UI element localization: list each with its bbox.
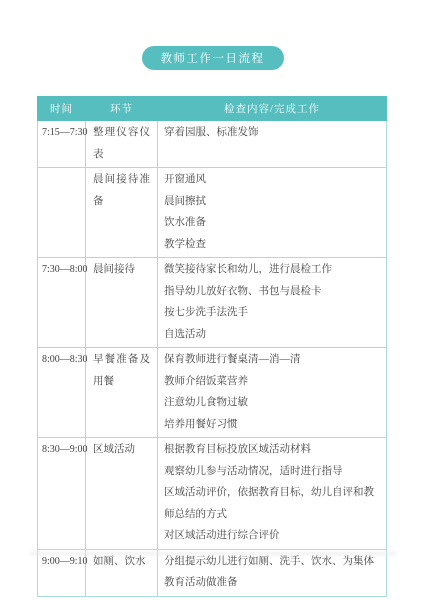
- content-line: 对区域活动进行综合评价: [164, 525, 381, 547]
- time-cell: 7:30—8:00: [38, 258, 86, 348]
- content-line: 教师介绍饭菜营养: [164, 371, 381, 393]
- col-header-stage: 环节: [86, 97, 158, 121]
- time-cell: [38, 168, 86, 258]
- content-cell: 穿着园服、标准发饰: [158, 121, 387, 168]
- content-line: 开窗通风: [164, 169, 381, 191]
- content-line: 培养用餐好习惯: [164, 414, 381, 436]
- time-cell: 8:00—8:30: [38, 348, 86, 438]
- content-line: 保育教师进行餐桌清—消—清: [164, 349, 381, 371]
- schedule-table: 时间 环节 检查内容/完成工作 7:15—7:30 整理仪容仪表 穿着园服、标准…: [37, 96, 387, 597]
- col-header-content: 检查内容/完成工作: [158, 97, 387, 121]
- content-line: 注意幼儿食物过敏: [164, 392, 381, 414]
- content-line: 区域活动评价，依据教育目标，幼儿自评和教师总结的方式: [164, 482, 381, 525]
- time-cell: 9:00—9:10: [38, 549, 86, 596]
- content-cell: 保育教师进行餐桌清—消—清教师介绍饭菜营养注意幼儿食物过敏培养用餐好习惯: [158, 348, 387, 438]
- stage-cell: 早餐准备及用餐: [86, 348, 158, 438]
- content-line: 晨间擦拭: [164, 191, 381, 213]
- stage-cell: 晨间接待: [86, 258, 158, 348]
- content-line: 自选活动: [164, 324, 381, 346]
- table-row: 8:30—9:00 区域活动 根据教育目标投放区域活动材料观察幼儿参与活动情况，…: [38, 438, 387, 550]
- table-row: 8:00—8:30 早餐准备及用餐 保育教师进行餐桌清—消—清教师介绍饭菜营养注…: [38, 348, 387, 438]
- content-line: 指导幼儿放好衣物、书包与晨检卡: [164, 281, 381, 303]
- content-line: 按七步洗手法洗手: [164, 302, 381, 324]
- header-row: 时间 环节 检查内容/完成工作: [38, 97, 387, 121]
- content-line: 分组提示幼儿进行如厕、洗手、饮水、为集体教育活动做准备: [164, 551, 381, 594]
- table-row: 7:15—7:30 整理仪容仪表 穿着园服、标准发饰: [38, 121, 387, 168]
- content-line: 教学检查: [164, 234, 381, 256]
- title-pill: 教师工作一日流程: [142, 46, 284, 70]
- content-cell: 分组提示幼儿进行如厕、洗手、饮水、为集体教育活动做准备: [158, 549, 387, 596]
- page-bottom-shadow: [30, 552, 396, 555]
- stage-cell: 如厕、饮水: [86, 549, 158, 596]
- table-row: 晨间接待准备 开窗通风晨间擦拭饮水准备教学检查: [38, 168, 387, 258]
- schedule-body: 7:15—7:30 整理仪容仪表 穿着园服、标准发饰 晨间接待准备 开窗通风晨间…: [38, 121, 387, 597]
- col-header-time: 时间: [38, 97, 86, 121]
- content-line: 根据教育目标投放区域活动材料: [164, 439, 381, 461]
- table-row: 7:30—8:00 晨间接待 微笑接待家长和幼儿，进行晨检工作指导幼儿放好衣物、…: [38, 258, 387, 348]
- stage-cell: 整理仪容仪表: [86, 121, 158, 168]
- time-cell: 7:15—7:30: [38, 121, 86, 168]
- time-cell: 8:30—9:00: [38, 438, 86, 550]
- content-line: 微笑接待家长和幼儿，进行晨检工作: [164, 259, 381, 281]
- page-title: 教师工作一日流程: [161, 50, 265, 66]
- stage-cell: 区域活动: [86, 438, 158, 550]
- content-cell: 根据教育目标投放区域活动材料观察幼儿参与活动情况，适时进行指导区域活动评价，依据…: [158, 438, 387, 550]
- stage-cell: 晨间接待准备: [86, 168, 158, 258]
- content-cell: 微笑接待家长和幼儿，进行晨检工作指导幼儿放好衣物、书包与晨检卡按七步洗手法洗手自…: [158, 258, 387, 348]
- content-line: 观察幼儿参与活动情况，适时进行指导: [164, 461, 381, 483]
- content-line: 穿着园服、标准发饰: [164, 122, 381, 144]
- content-line: 饮水准备: [164, 212, 381, 234]
- table-row: 9:00—9:10 如厕、饮水 分组提示幼儿进行如厕、洗手、饮水、为集体教育活动…: [38, 549, 387, 596]
- content-cell: 开窗通风晨间擦拭饮水准备教学检查: [158, 168, 387, 258]
